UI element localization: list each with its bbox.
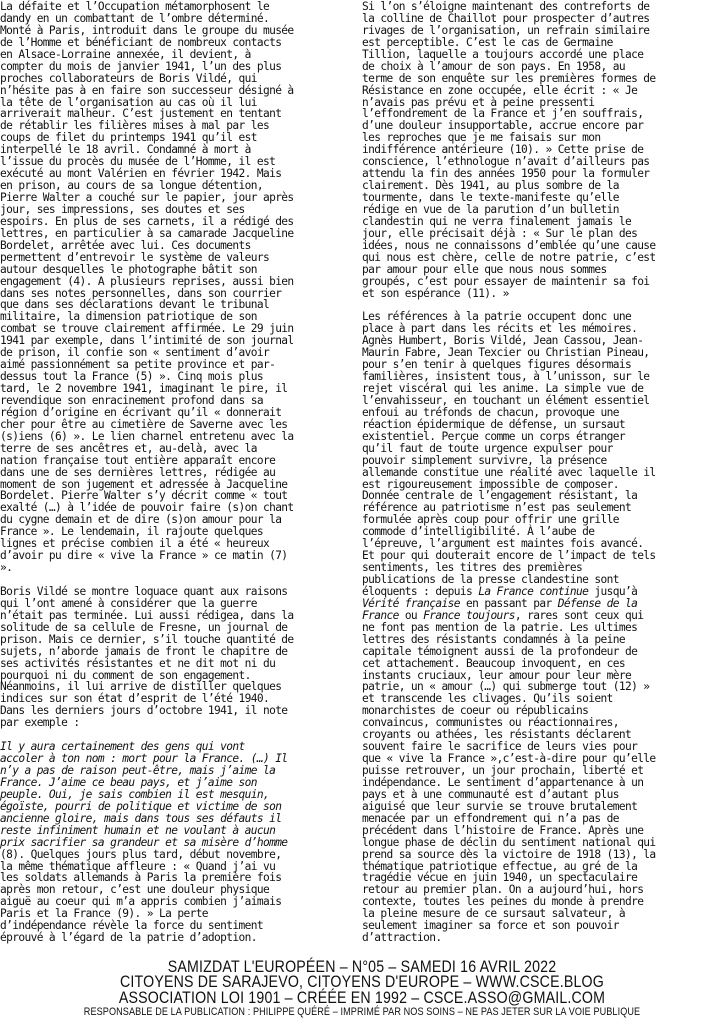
- text-line: Résistance en zone occupée, elle écrit :…: [362, 85, 724, 97]
- text-line: Tillion, laquelle a toujours accordé une…: [362, 49, 724, 61]
- text-line: permettent d’entrevoir le système de val…: [0, 252, 362, 264]
- text-line: idées, nous ne connaissons d’emblée qu’u…: [362, 240, 724, 252]
- text-line: n’hésite pas à en faire son successeur d…: [0, 85, 362, 97]
- text-line: éprouvé à l’égard de la patrie d’adoptio…: [0, 932, 362, 944]
- text-line: terre de ses ancêtres et, au-delà, avec …: [0, 443, 362, 455]
- text-line: Bordelet, arrêtée avec lui. Ces document…: [0, 240, 362, 252]
- text-line: prison. Mais ce dernier, s’il touche qua…: [0, 634, 362, 646]
- text-line: lettres, en particulier à sa camarade Ja…: [0, 228, 362, 240]
- text-line: lettres des résistants condamnés à la pe…: [362, 634, 724, 646]
- text-line: réaction épidermique de défense, un surs…: [362, 419, 724, 431]
- text-line: qui nous est chère, celle de notre patri…: [362, 252, 724, 264]
- text-line: (8). Quelques jours plus tard, début nov…: [0, 849, 362, 861]
- text-line: par amour pour elle que nous nous sommes: [362, 264, 724, 276]
- text-fragment: ou: [399, 609, 423, 622]
- text-line: et son espérance (11). »: [362, 288, 724, 300]
- article-right-column: Si l’on s’éloigne maintenant des contref…: [362, 1, 724, 944]
- text-line: d’avoir pu dire « vive la France » ce ma…: [0, 550, 362, 562]
- text-line: capitale témoignent aussi de la profonde…: [362, 646, 724, 658]
- quote-line: prix sacrifier sa grandeur et sa misère …: [0, 837, 362, 849]
- text-line: cher pour être au cimetière de Saverne a…: [0, 419, 362, 431]
- text-line: de choix à l’amour de son pays. En 1958,…: [362, 61, 724, 73]
- text-line: compter du mois de janvier 1941, l’un de…: [0, 61, 362, 73]
- text-line: précédent dans l’histoire de France. Apr…: [362, 825, 724, 837]
- quote-line: reste infiniment humain et ne voulant à …: [0, 825, 362, 837]
- text-line: d’attraction.: [362, 932, 724, 944]
- text-line: longue phase de déclin du sentiment nati…: [362, 837, 724, 849]
- text-line: autour desquelles le photographe bâtit s…: [0, 264, 362, 276]
- document-page: La défaite et l’Occupation métamorphosen…: [0, 0, 724, 1024]
- article-left-column: La défaite et l’Occupation métamorphosen…: [0, 1, 362, 944]
- text-line: aiguisé que leur survie se trouve brutal…: [362, 801, 724, 813]
- text-fragment: , rares sont ceux qui: [515, 609, 643, 622]
- text-line: France ou France toujours, rares sont ce…: [362, 610, 724, 622]
- text-line: en Alsace-Lorraine annexée, il devient, …: [0, 49, 362, 61]
- publication-footer: SAMIZDAT L'EUROPÉEN – N°05 – SAMEDI 16 A…: [0, 960, 724, 1018]
- text-line: nation française tout entière apparaît e…: [0, 455, 362, 467]
- text-line: dans une de ses dernières lettres, rédig…: [0, 467, 362, 479]
- text-line: existentiel. Perçue comme un corps étran…: [362, 431, 724, 443]
- text-line: solitude de sa cellule de Fresne, un jou…: [0, 622, 362, 634]
- text-line: terme de son enquête sur les premières f…: [362, 73, 724, 85]
- text-line: engagement (4). A plusieurs reprises, au…: [0, 276, 362, 288]
- text-line: menacée par un effondrement qui n’a pas …: [362, 813, 724, 825]
- text-line: allemande constitue une réalité avec laq…: [362, 467, 724, 479]
- text-line: qu’il faut de toute urgence expulser pou…: [362, 443, 724, 455]
- italic-title: France toujours: [423, 609, 515, 622]
- quote-line: ancienne gloire, mais dans tous ses défa…: [0, 813, 362, 825]
- text-line: ».: [0, 562, 362, 574]
- footer-legal-line: RESPONSABLE DE LA PUBLICATION : PHILIPPE…: [51, 1006, 674, 1018]
- text-line: groupés, c’est pour essayer de maintenir…: [362, 276, 724, 288]
- italic-title: France: [362, 609, 399, 622]
- text-line: jour, elle précisait déjà : « Sur le pla…: [362, 228, 724, 240]
- text-line: pouvoir simplement survivre, la présence: [362, 455, 724, 467]
- footer-association-line: ASSOCIATION LOI 1901 – CRÉÉE EN 1992 – C…: [51, 991, 674, 1006]
- text-line: prend sa source dès la victoire de 1918 …: [362, 849, 724, 861]
- text-line: ses activités résistantes et ne dit mot …: [0, 658, 362, 670]
- text-line: (s)iens (6) ». Le lien charnel entretenu…: [0, 431, 362, 443]
- text-line: proches collaborateurs de Boris Vildé, q…: [0, 73, 362, 85]
- quote-line: égoïste, pourri de politique et victime …: [0, 801, 362, 813]
- text-line: cet attachement. Beaucoup invoquent, en …: [362, 658, 724, 670]
- text-line: n’était pas terminée. Lui aussi rédigea,…: [0, 610, 362, 622]
- text-line: de l’Homme et bénéficiant de nombreux co…: [0, 37, 362, 49]
- text-line: ne font pas mention de la patrie. Les ul…: [362, 622, 724, 634]
- text-line: par exemple :: [0, 717, 362, 729]
- text-line: est perceptible. C’est le cas de Germain…: [362, 37, 724, 49]
- text-line: sujets, n’aborde jamais de front le chap…: [0, 646, 362, 658]
